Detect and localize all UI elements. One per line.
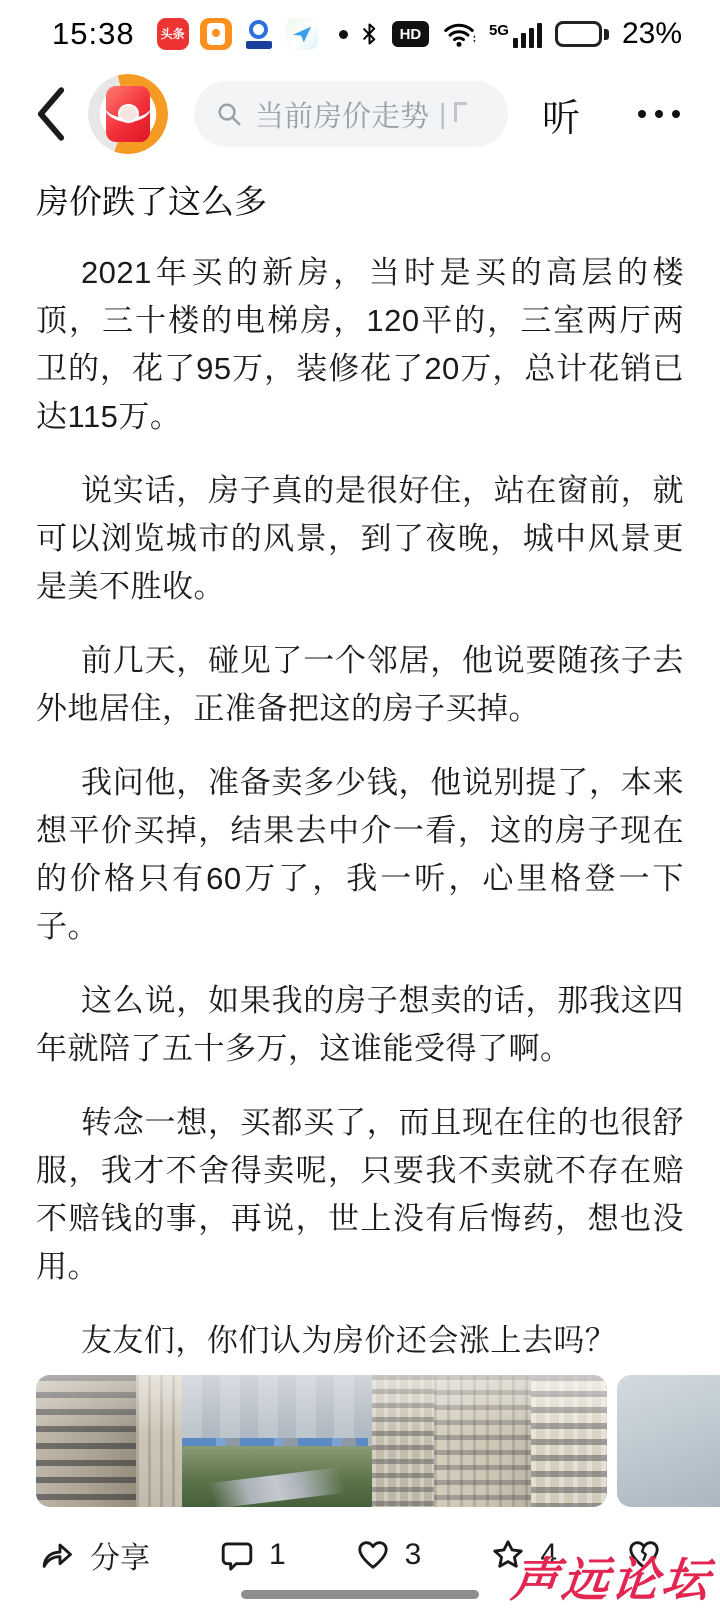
comment-button[interactable]: 1	[219, 1537, 286, 1573]
share-button[interactable]: 分享	[38, 1533, 150, 1577]
watermark-text: 声远论坛	[508, 1543, 715, 1610]
purse-icon	[207, 23, 225, 45]
heart-icon	[355, 1537, 391, 1573]
comment-count: 1	[269, 1538, 286, 1572]
like-button[interactable]: 3	[355, 1537, 422, 1573]
back-button[interactable]	[34, 84, 74, 144]
home-indicator[interactable]	[241, 1590, 479, 1599]
network-type-label: 5G	[489, 23, 509, 38]
envelope-clasp	[120, 106, 137, 121]
search-icon	[216, 101, 243, 128]
emblem-icon	[249, 20, 268, 39]
hd-badge: HD	[392, 21, 429, 47]
back-chevron-icon	[34, 85, 68, 143]
paragraph: 说实话，房子真的是很好住，站在窗前，就可以浏览城市的风景，到了夜晚，城中风景更是…	[36, 467, 684, 611]
article-body: 房价跌了这么多 2021年买的新房，当时是买的高层的楼顶，三十楼的电梯房，120…	[0, 176, 720, 1365]
more-menu-button[interactable]	[638, 100, 680, 128]
article-title: 房价跌了这么多	[36, 176, 684, 223]
red-packet-reward-button[interactable]	[88, 74, 168, 154]
red-envelope-icon	[106, 86, 150, 142]
search-bar[interactable]: 当前房价走势 |	[194, 81, 508, 147]
status-indicators: HD 5G 23%	[360, 17, 682, 51]
photo-gallery	[0, 1375, 720, 1507]
paper-plane-icon	[291, 23, 313, 45]
wifi-icon	[442, 20, 476, 48]
paragraph: 这么说，如果我的房子想卖的话，那我这四年就陪了五十多万，这谁能受得了啊。	[36, 977, 684, 1073]
notification-icons: 头条	[157, 18, 348, 50]
like-count: 3	[405, 1538, 422, 1572]
toutiao-app-icon: 头条	[157, 18, 189, 50]
search-separator: |	[439, 98, 446, 130]
nav-bar: 当前房价走势 | 听	[0, 62, 720, 166]
battery-percent: 23%	[622, 17, 682, 51]
paragraph: 我问他，准备卖多少钱，他说别提了，本来想平价买掉，结果去中介一看，这的房子现在的…	[36, 759, 684, 951]
paragraph: 2021年买的新房，当时是买的高层的楼顶，三十楼的电梯房，120平的，三室两厅两…	[36, 249, 684, 441]
gov-badge-app-icon	[243, 18, 275, 50]
paragraph: 友友们，你们认为房价还会涨上去吗？	[36, 1317, 684, 1365]
paragraph: 转念一想，买都买了，而且现在住的也很舒服，我才不舍得卖呢，只要我不卖就不存在赔不…	[36, 1099, 684, 1291]
red-packet-app-icon	[200, 18, 232, 50]
haze-overlay	[36, 1375, 607, 1434]
share-label: 分享	[90, 1533, 150, 1577]
article-photo-city[interactable]	[36, 1375, 607, 1507]
article-photo-sky[interactable]	[617, 1375, 720, 1507]
cellular-signal: 5G	[489, 21, 542, 48]
search-query-text: 当前房价走势	[255, 94, 429, 135]
bluetooth-icon	[360, 20, 379, 48]
screen: 15:38 头条 HD 5G	[0, 0, 720, 1612]
share-arrow-icon	[38, 1537, 76, 1573]
comment-bubble-icon	[219, 1537, 255, 1573]
listen-button[interactable]: 听	[542, 87, 580, 142]
battery-icon	[555, 21, 609, 47]
banner-shape	[246, 41, 272, 49]
notification-dot-icon	[339, 30, 348, 39]
status-bar: 15:38 头条 HD 5G	[0, 0, 720, 62]
truncated-suggestion-fragment	[454, 102, 467, 122]
paragraph: 前几天，碰见了一个邻居，他说要随孩子去外地居住，正准备把这的房子买掉。	[36, 637, 684, 733]
signal-bars-icon	[513, 23, 542, 48]
clock: 15:38	[52, 16, 135, 52]
paper-plane-app-icon	[286, 18, 318, 50]
